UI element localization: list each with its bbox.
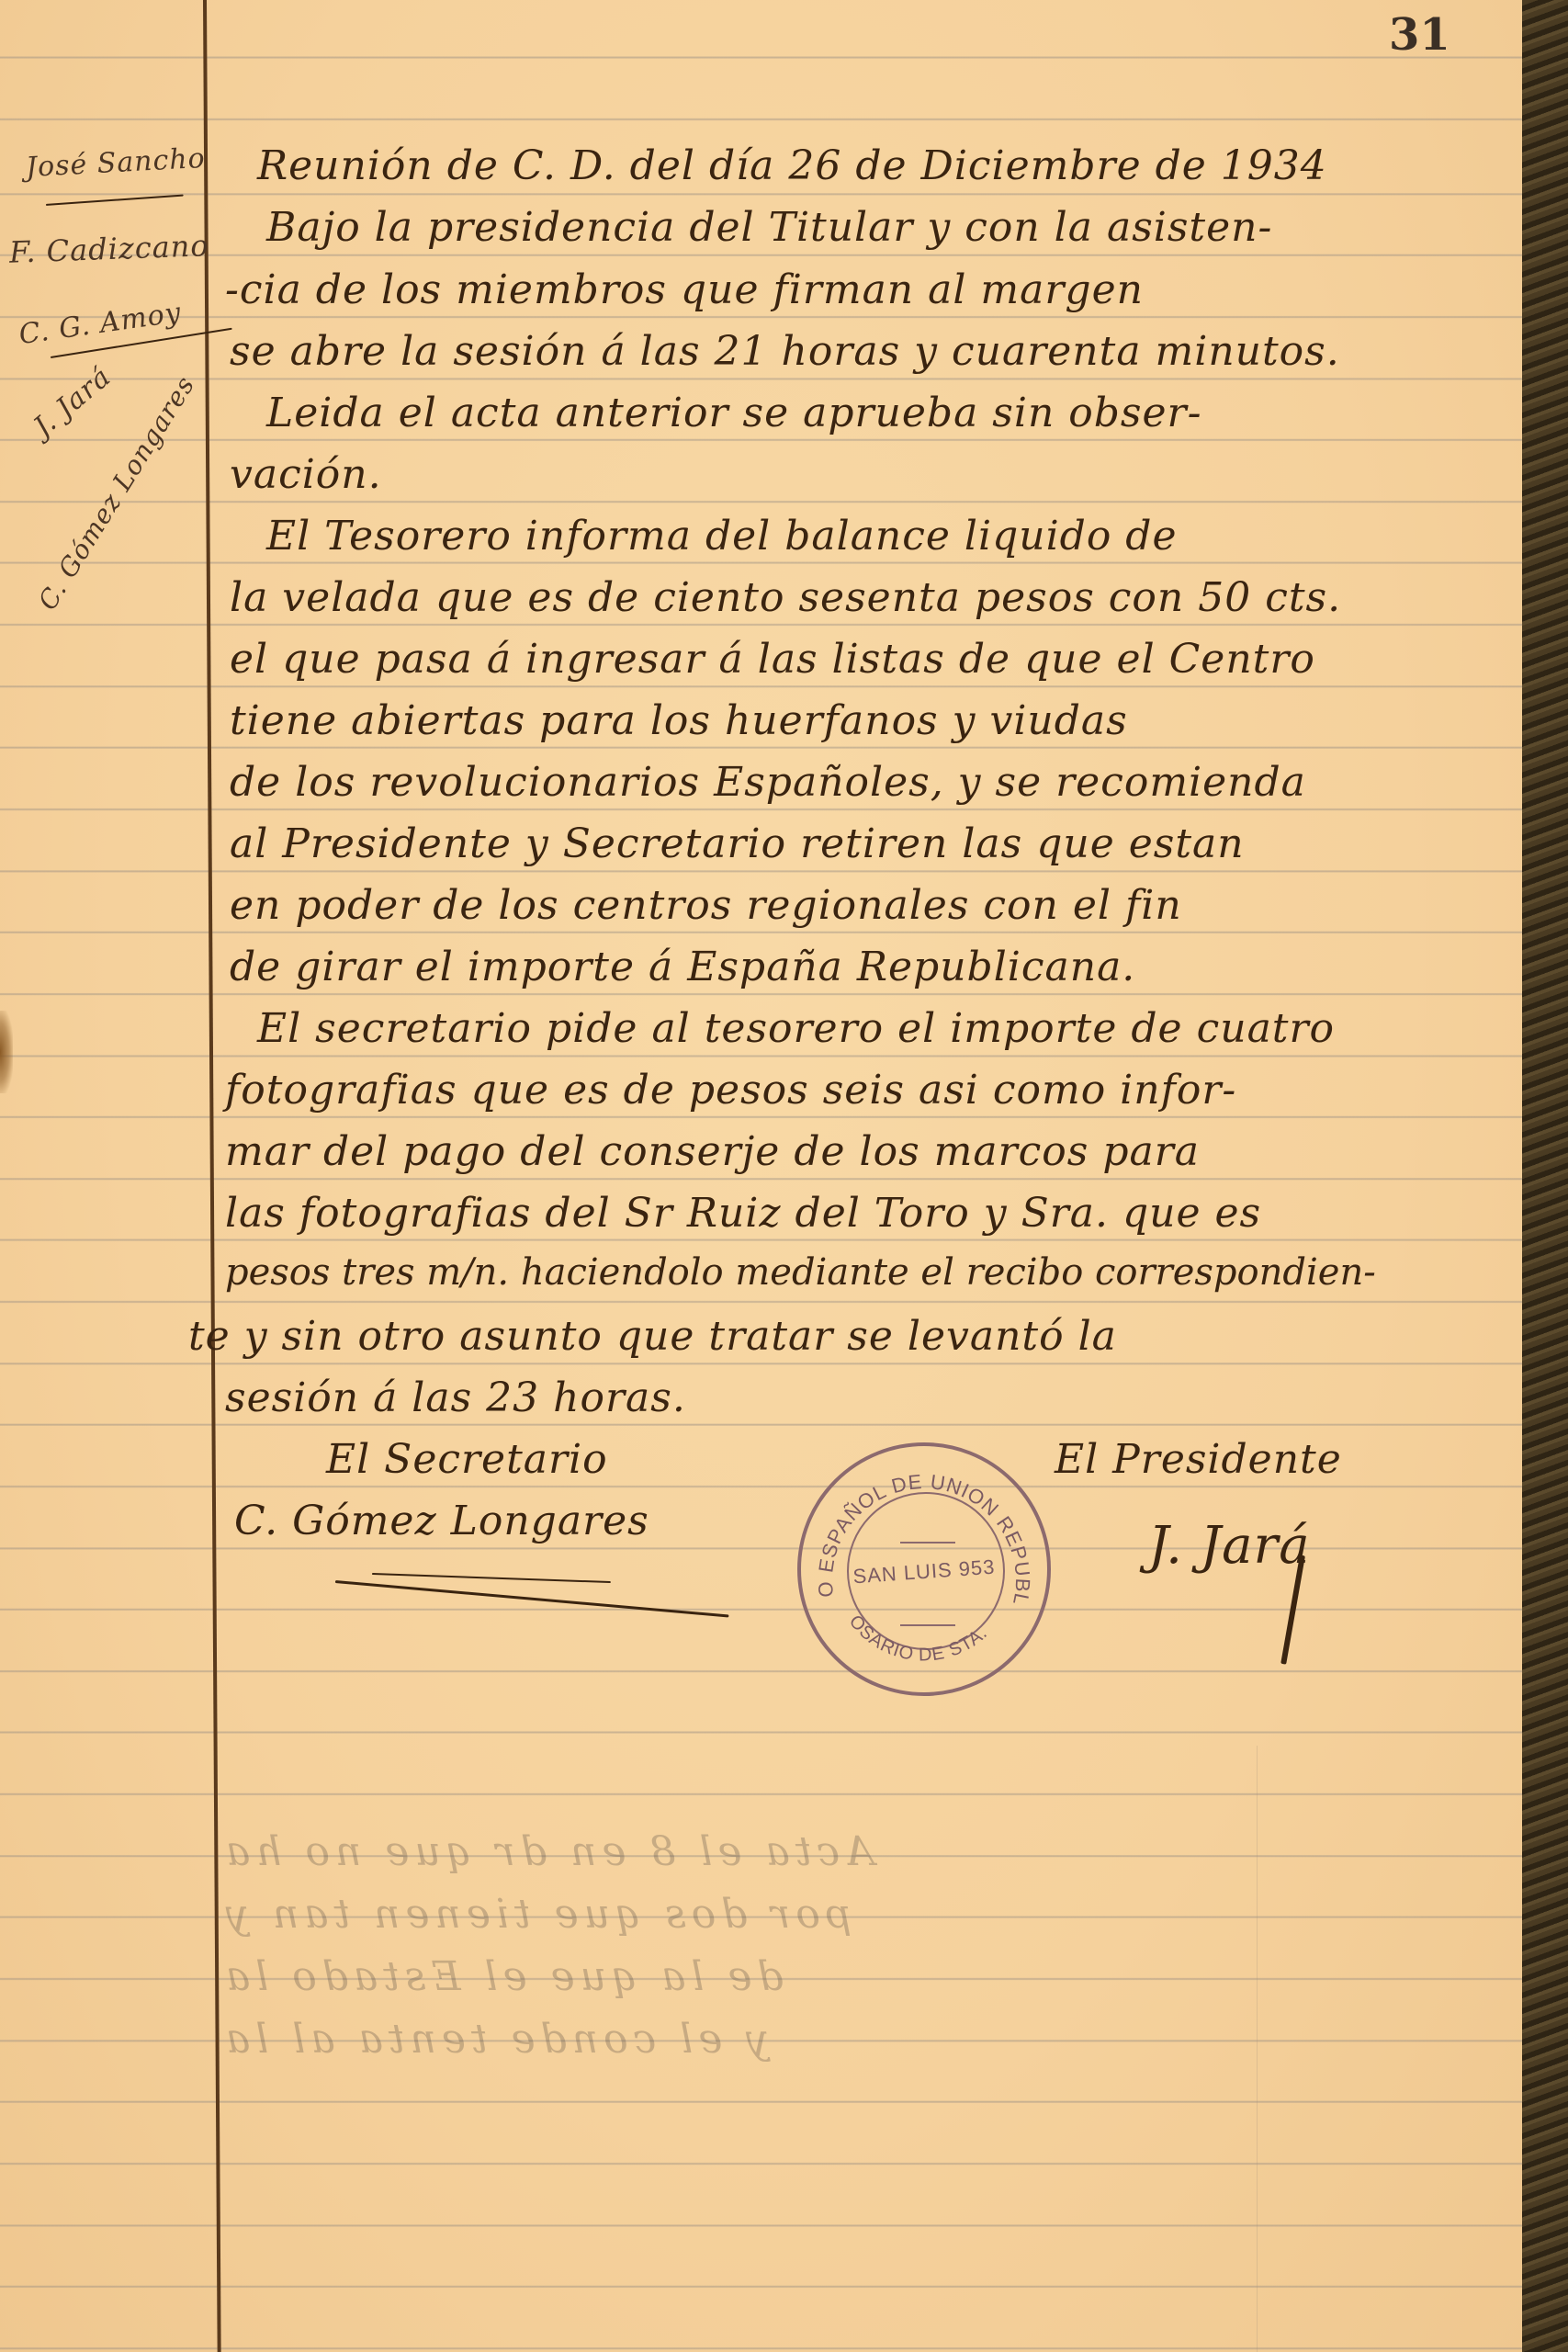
secretary-signature: C. Gómez Longares (234, 1498, 649, 1544)
minutes-line: te y sin otro asunto que tratar se levan… (188, 1313, 1117, 1360)
minutes-line: Leida el acta anterior se aprueba sin ob… (266, 390, 1201, 436)
bleed-through-text: por dos que tienen tan y (220, 1891, 852, 1938)
minutes-line: de girar el importe á España Republicana… (230, 944, 1135, 990)
minutes-line: el que pasa á ingresar á las listas de q… (230, 636, 1315, 683)
ledger-page: 31 José Sancho F. Cadizcano C. G. Amoy J… (0, 0, 1522, 2352)
secretary-title: El Secretario (326, 1436, 608, 1483)
minutes-line: en poder de los centros regionales con e… (230, 882, 1182, 929)
page-number: 31 (1389, 9, 1450, 61)
minutes-line: tiene abiertas para los huerfanos y viud… (230, 697, 1128, 744)
minutes-line: fotografias que es de pesos seis asi com… (225, 1067, 1236, 1114)
book-binding (1522, 0, 1568, 2352)
minutes-line: pesos tres m/n. haciendolo mediante el r… (225, 1251, 1376, 1294)
club-stamp: CENTRO ESPAÑOL DE UNION REPUBLICANA - RO… (797, 1442, 1051, 1696)
edge-stain (0, 1011, 13, 1093)
president-title: El Presidente (1055, 1436, 1342, 1483)
margin-signature: F. Cadizcano (8, 228, 209, 270)
minutes-line: las fotografias del Sr Ruiz del Toro y S… (225, 1190, 1261, 1237)
minutes-line: -cia de los miembros que firman al marge… (225, 266, 1144, 313)
minutes-line: El Tesorero informa del balance liquido … (266, 513, 1178, 560)
minutes-line: Bajo la presidencia del Titular y con la… (266, 204, 1272, 251)
minutes-line: mar del pago del conserje de los marcos … (225, 1128, 1200, 1175)
minutes-line: El secretario pide al tesorero el import… (257, 1005, 1335, 1052)
minutes-line: vación. (230, 451, 382, 498)
bleed-through-text: y el conde tenta al la (220, 2016, 769, 2063)
bleed-through-text: Acta el 8 en dr que no ha (220, 1828, 874, 1875)
faint-column-rule (1257, 1746, 1258, 2352)
bleed-through-text: de la que el Estado la (220, 1953, 784, 2000)
minutes-line: de los revolucionarios Españoles, y se r… (230, 759, 1306, 806)
stamp-ornament (900, 1624, 955, 1626)
stamp-ornament (900, 1542, 955, 1543)
minutes-heading: Reunión de C. D. del día 26 de Diciembre… (257, 142, 1327, 189)
minutes-line: la velada que es de ciento sesenta pesos… (230, 574, 1341, 621)
minutes-line: se abre la sesión á las 21 horas y cuare… (230, 328, 1340, 375)
minutes-line: sesión á las 23 horas. (225, 1374, 686, 1421)
president-signature: J. Jará (1148, 1516, 1311, 1576)
minutes-line: al Presidente y Secretario retiren las q… (230, 820, 1245, 867)
